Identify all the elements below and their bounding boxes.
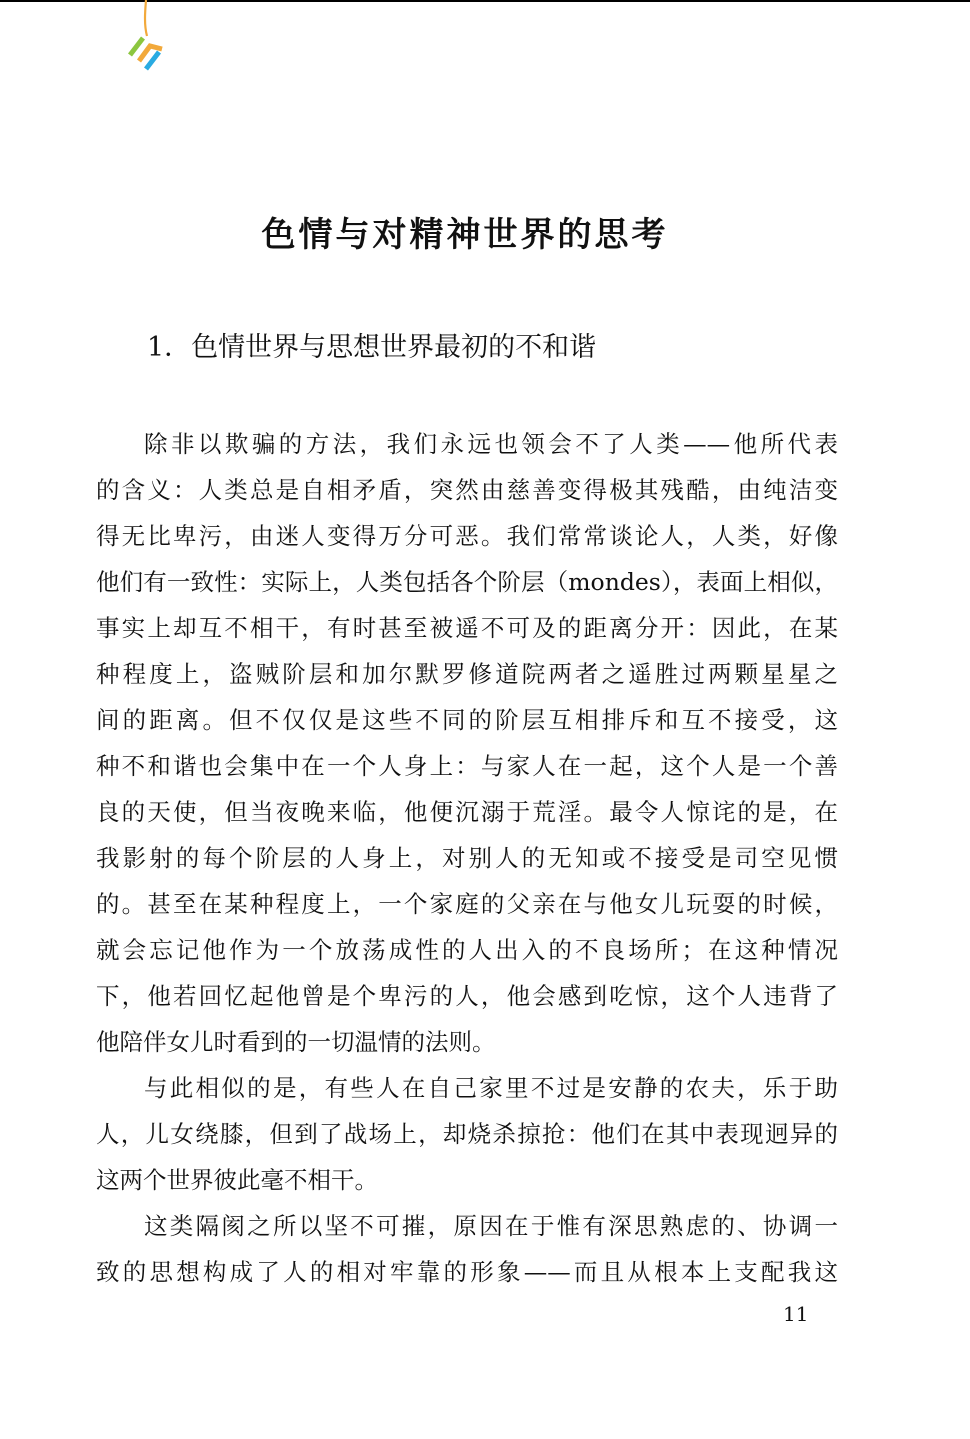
text-line: 人，儿女绕膝，但到了战场上，却烧杀掠抢：他们在其中表现迥异的 <box>96 1111 838 1157</box>
text-line: 他陪伴女儿时看到的一切温情的法则。 <box>96 1019 838 1065</box>
text-line: 的含义：人类总是自相矛盾，突然由慈善变得极其残酷，由纯洁变 <box>96 467 838 513</box>
text-line: 的。甚至在某种程度上，一个家庭的父亲在与他女儿玩耍的时候， <box>96 881 838 927</box>
text-line: 种程度上，盗贼阶层和加尔默罗修道院两者之遥胜过两颗星星之 <box>96 651 838 697</box>
text-line: 致的思想构成了人的相对牢靠的形象——而且从根本上支配我这 <box>96 1249 838 1295</box>
bookmark-ribbon-icon[interactable] <box>125 0 170 75</box>
text-line: 这两个世界彼此毫不相干。 <box>96 1157 838 1203</box>
bookmark-icon-graphic <box>125 0 170 75</box>
chapter-title: 色情与对精神世界的思考 <box>0 207 930 256</box>
text-line: 种不和谐也会集中在一个人身上：与家人在一起，这个人是一个善 <box>96 743 838 789</box>
text-line: 除非以欺骗的方法，我们永远也领会不了人类——他所代表 <box>96 421 838 467</box>
text-line: 这类隔阂之所以坚不可摧，原因在于惟有深思熟虑的、协调一 <box>96 1203 838 1249</box>
text-line: 得无比卑污，由迷人变得万分可恶。我们常常谈论人，人类，好像 <box>96 513 838 559</box>
text-line: 事实上却互不相干，有时甚至被遥不可及的距离分开：因此，在某 <box>96 605 838 651</box>
body-text: 除非以欺骗的方法，我们永远也领会不了人类——他所代表 的含义：人类总是自相矛盾，… <box>96 421 838 1295</box>
section-title: 1．色情世界与思想世界最初的不和谐 <box>147 325 596 364</box>
text-line: 间的距离。但不仅仅是这些不同的阶层互相排斥和互不接受，这 <box>96 697 838 743</box>
page-number: 11 <box>783 1302 808 1326</box>
text-line: 就会忘记他作为一个放荡成性的人出入的不良场所；在这种情况 <box>96 927 838 973</box>
text-line: 良的天使，但当夜晚来临，他便沉溺于荒淫。最令人惊诧的是，在 <box>96 789 838 835</box>
text-line: 下，他若回忆起他曾是个卑污的人，他会感到吃惊，这个人违背了 <box>96 973 838 1019</box>
text-line: 我影射的每个阶层的人身上，对别人的无知或不接受是司空见惯 <box>96 835 838 881</box>
text-line: 他们有一致性：实际上，人类包括各个阶层（mondes），表面上相似， <box>96 559 838 605</box>
text-line: 与此相似的是，有些人在自己家里不过是安静的农夫，乐于助 <box>96 1065 838 1111</box>
